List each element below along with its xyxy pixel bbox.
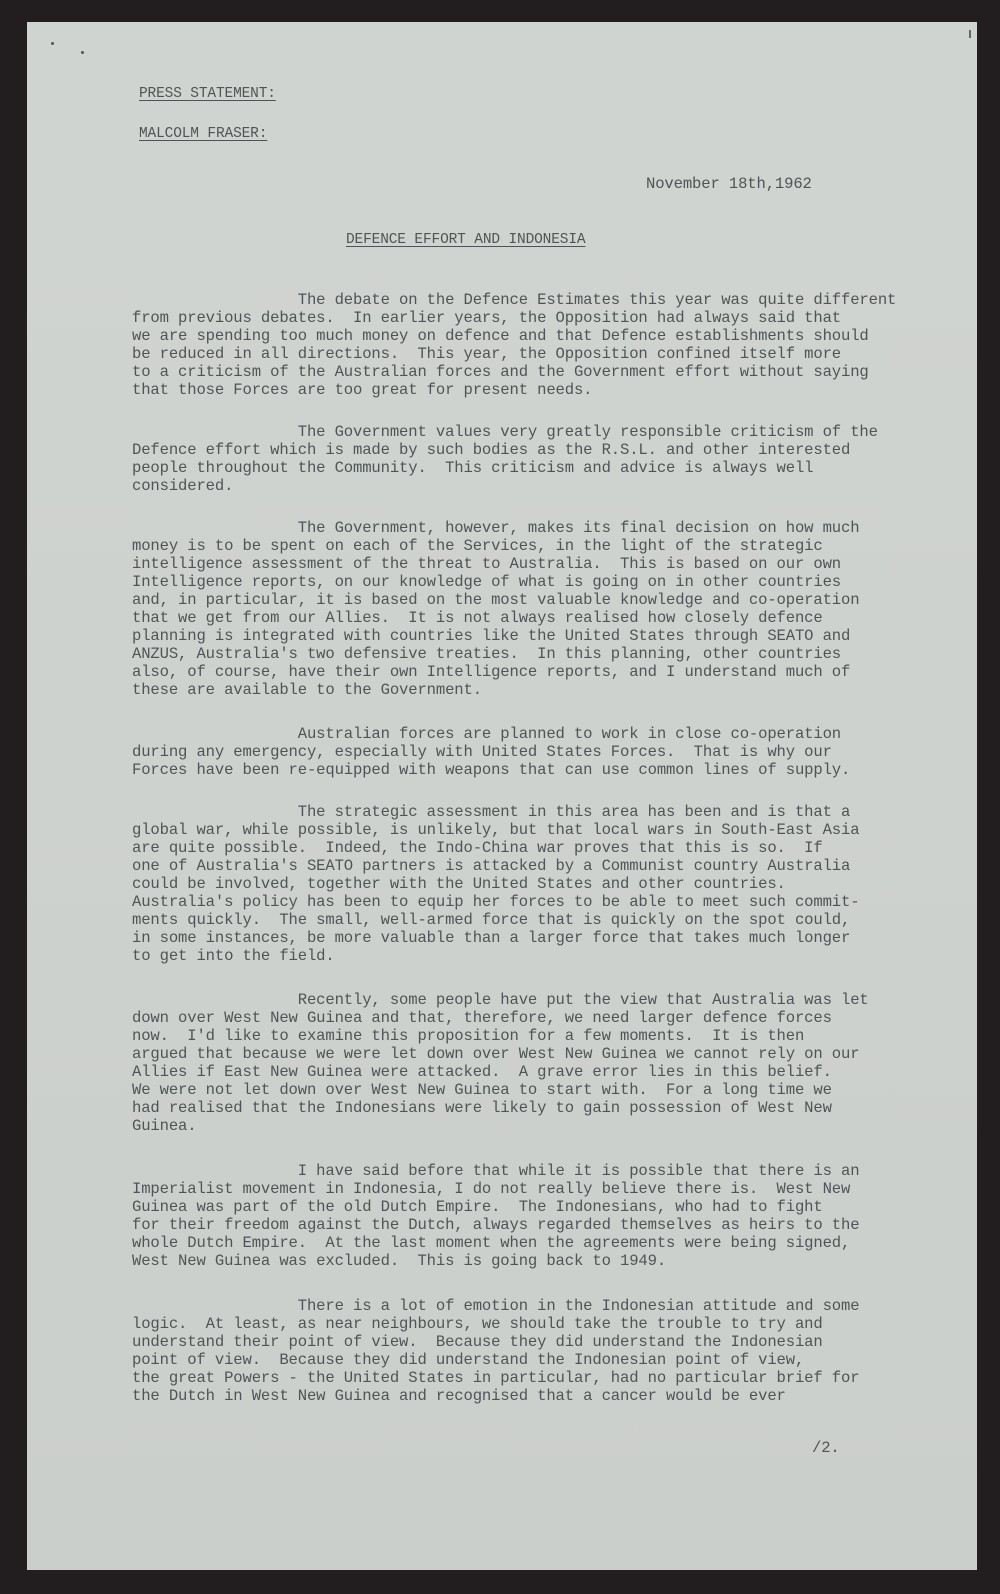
text-line: understand their point of view. Because … (132, 1333, 823, 1351)
text-line: logic. At least, as near neighbours, we … (132, 1315, 823, 1333)
text-line: intelligence assessment of the threat to… (132, 555, 841, 573)
document-date: November 18th,1962 (646, 175, 812, 193)
text-line: be reduced in all directions. This year,… (132, 345, 841, 363)
text-line: Allies if East New Guinea were attacked.… (132, 1063, 832, 1081)
text-line: Guinea. (132, 1117, 196, 1135)
text-line: money is to be spent on each of the Serv… (132, 537, 823, 555)
text-line: these are available to the Government. (132, 681, 482, 699)
text-line: planning is integrated with countries li… (132, 627, 850, 645)
text-line: point of view. Because they did understa… (132, 1351, 804, 1369)
document-page: PRESS STATEMENT: MALCOLM FRASER: Novembe… (27, 22, 977, 1570)
text-line: people throughout the Community. This cr… (132, 459, 813, 477)
text-line: There is a lot of emotion in the Indones… (132, 1297, 859, 1315)
text-line: to get into the field. (132, 947, 335, 965)
text-line: Australian forces are planned to work in… (132, 725, 841, 743)
text-line: The Government, however, makes its final… (132, 519, 859, 537)
text-line: to a criticism of the Australian forces … (132, 363, 869, 381)
text-line: down over West New Guinea and that, ther… (132, 1009, 832, 1027)
text-line: whole Dutch Empire. At the last moment w… (132, 1234, 850, 1252)
paper-speck (51, 42, 54, 45)
paper-edge-mark (969, 30, 971, 38)
text-line: and, in particular, it is based on the m… (132, 591, 859, 609)
text-line: The strategic assessment in this area ha… (132, 803, 850, 821)
page-continuation-marker: /2. (812, 1439, 840, 1457)
text-line: for their freedom against the Dutch, alw… (132, 1216, 859, 1234)
paper-speck (81, 51, 84, 54)
text-line: had realised that the Indonesians were l… (132, 1099, 832, 1117)
document-title: DEFENCE EFFORT AND INDONESIA (346, 231, 585, 249)
text-line: Imperialist movement in Indonesia, I do … (132, 1180, 850, 1198)
text-line: are quite possible. Indeed, the Indo-Chi… (132, 839, 823, 857)
text-line: the Dutch in West New Guinea and recogni… (132, 1387, 786, 1405)
text-line: that those Forces are too great for pres… (132, 381, 592, 399)
text-line: I have said before that while it is poss… (132, 1162, 859, 1180)
text-line: also, of course, have their own Intellig… (132, 663, 850, 681)
text-line: from previous debates. In earlier years,… (132, 309, 841, 327)
text-line: The Government values very greatly respo… (132, 423, 878, 441)
text-line: Guinea was part of the old Dutch Empire.… (132, 1198, 823, 1216)
text-line: one of Australia's SEATO partners is att… (132, 857, 850, 875)
text-line: West New Guinea was excluded. This is go… (132, 1252, 666, 1270)
author-label: MALCOLM FRASER: (139, 125, 267, 143)
text-line: ments quickly. The small, well-armed for… (132, 911, 850, 929)
text-line: Defence effort which is made by such bod… (132, 441, 850, 459)
text-line: now. I'd like to examine this propositio… (132, 1027, 804, 1045)
text-line: ANZUS, Australia's two defensive treatie… (132, 645, 841, 663)
text-line: argued that because we were let down ove… (132, 1045, 859, 1063)
text-line: in some instances, be more valuable than… (132, 929, 850, 947)
press-statement-label: PRESS STATEMENT: (139, 85, 276, 103)
text-line: during any emergency, especially with Un… (132, 743, 832, 761)
text-line: Australia's policy has been to equip her… (132, 893, 859, 911)
text-line: global war, while possible, is unlikely,… (132, 821, 859, 839)
text-line: the great Powers - the United States in … (132, 1369, 859, 1387)
text-line: that we get from our Allies. It is not a… (132, 609, 823, 627)
text-line: considered. (132, 477, 233, 495)
text-line: The debate on the Defence Estimates this… (132, 291, 896, 309)
text-line: Forces have been re-equipped with weapon… (132, 761, 850, 779)
text-line: We were not let down over West New Guine… (132, 1081, 832, 1099)
text-line: Intelligence reports, on our knowledge o… (132, 573, 841, 591)
text-line: could be involved, together with the Uni… (132, 875, 786, 893)
text-line: we are spending too much money on defenc… (132, 327, 869, 345)
text-line: Recently, some people have put the view … (132, 991, 869, 1009)
